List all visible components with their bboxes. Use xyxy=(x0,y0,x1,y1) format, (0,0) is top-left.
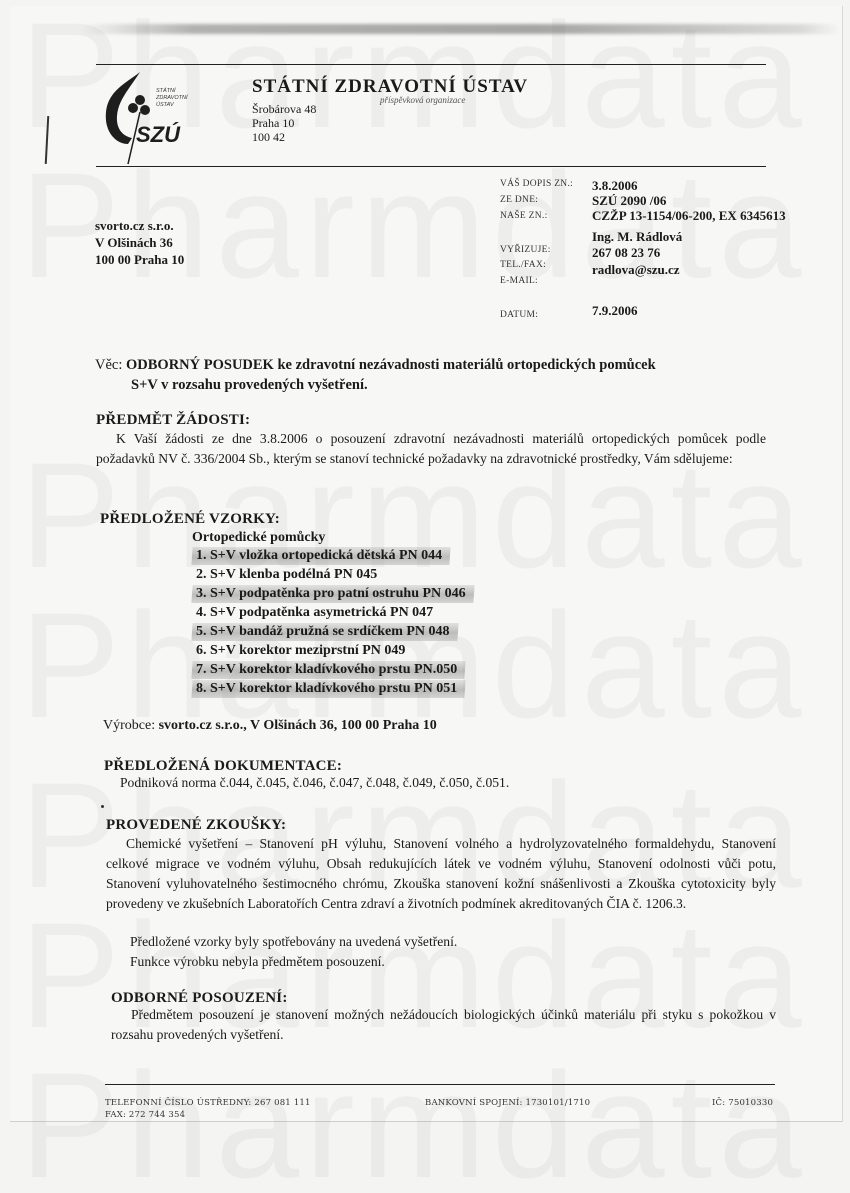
sample-item-text: 2. S+V klenba podélná PN 045 xyxy=(196,567,377,582)
footer-ic: IČ: 75010330 xyxy=(712,1098,773,1108)
ref-value: 3.8.2006 xyxy=(592,178,638,194)
sample-item-text: 8. S+V korektor kladívkového prstu PN 05… xyxy=(196,680,457,698)
subject-line: ODBORNÝ POSUDEK ke zdravotní nezávadnost… xyxy=(126,357,656,373)
logo-acronym: SZÚ xyxy=(136,122,180,148)
logo-text: ÚSTAV xyxy=(156,102,187,109)
header-rule-top xyxy=(96,64,766,65)
sample-item: 1. S+V vložka ortopedická dětská PN 044 xyxy=(191,547,450,565)
footer-fax: FAX: 272 744 354 xyxy=(105,1110,185,1120)
section-text: Předmětem posouzení je stanovení možných… xyxy=(111,1005,776,1045)
ref-label: E-MAIL: xyxy=(500,276,538,286)
ref-label: VYŘIZUJE: xyxy=(500,245,551,255)
logo-text: STÁTNÍ xyxy=(156,88,187,95)
manufacturer-label: Výrobce: xyxy=(103,718,159,733)
samples-group-title: Ortopedické pomůcky xyxy=(192,530,325,546)
sample-item: 5. S+V bandáž pružná se srdíčkem PN 048 xyxy=(191,623,458,641)
ref-label: DATUM: xyxy=(500,310,538,320)
manufacturer-value: svorto.cz s.r.o., V Olšinách 36, 100 00 … xyxy=(159,718,437,733)
footer-bank: BANKOVNÍ SPOJENÍ: 1730101/1710 xyxy=(425,1098,590,1108)
org-address: Šrobárova 48 Praha 10 100 42 xyxy=(252,102,316,144)
ref-value: radlova@szu.cz xyxy=(592,262,680,278)
org-type: příspěvková organizace xyxy=(380,95,465,105)
sample-item-text: 1. S+V vložka ortopedická dětská PN 044 xyxy=(196,547,442,565)
subject-prefix: Věc: xyxy=(95,357,126,373)
ref-value: CZŽP 13-1154/06-200, EX 6345613 xyxy=(592,208,786,224)
szu-logo: STÁTNÍ ZDRAVOTNÍ ÚSTAV SZÚ xyxy=(100,68,210,168)
address-line: Praha 10 xyxy=(252,116,316,130)
flame-logo-icon xyxy=(100,68,210,168)
manufacturer: Výrobce: svorto.cz s.r.o., V Olšinách 36… xyxy=(103,718,437,734)
section-text: K Vaší žádosti ze dne 3.8.2006 o posouze… xyxy=(96,429,766,469)
ref-label: NAŠE ZN.: xyxy=(500,211,548,221)
section-text: Podniková norma č.044, č.045, č.046, č.0… xyxy=(120,775,509,791)
section-heading: PŘEDMĚT ŽÁDOSTI: xyxy=(96,412,250,429)
ref-label: VÁŠ DOPIS ZN.: xyxy=(500,179,573,189)
logo-text: ZDRAVOTNÍ xyxy=(156,95,187,102)
ref-value: Ing. M. Rádlová xyxy=(592,229,682,245)
recipient-line: svorto.cz s.r.o. xyxy=(95,217,184,234)
recipient-line: V Olšinách 36 xyxy=(95,234,184,251)
subject-line: S+V v rozsahu provedených vyšetření. xyxy=(131,377,368,393)
address-line: 100 42 xyxy=(252,130,316,144)
sample-item: 6. S+V korektor meziprstní PN 049 xyxy=(192,642,413,660)
ref-value: SZÚ 2090 /06 xyxy=(592,193,666,209)
sample-item: 8. S+V korektor kladívkového prstu PN 05… xyxy=(191,680,465,698)
subject: Věc: ODBORNÝ POSUDEK ke zdravotní nezáva… xyxy=(95,355,656,395)
recipient-line: 100 00 Praha 10 xyxy=(95,251,184,268)
sample-item: 7. S+V korektor kladívkového prstu PN.05… xyxy=(191,661,465,679)
section-text: Chemické vyšetření – Stanovení pH výluhu… xyxy=(106,834,776,914)
sample-item-text: 3. S+V podpatěnka pro patní ostruhu PN 0… xyxy=(196,585,466,603)
section-heading: PŘEDLOŽENÁ DOKUMENTACE: xyxy=(104,758,342,775)
section-heading: PŘEDLOŽENÉ VZORKY: xyxy=(100,511,280,528)
sample-item: 3. S+V podpatěnka pro patní ostruhu PN 0… xyxy=(191,585,474,603)
ref-label: ZE DNE: xyxy=(500,195,538,205)
section-note: Funkce výrobku nebyla předmětem posouzen… xyxy=(130,954,385,970)
scan-dot xyxy=(101,805,104,808)
sample-item-text: 4. S+V podpatěnka asymetrická PN 047 xyxy=(196,605,433,620)
scan-artifact xyxy=(80,24,840,34)
sample-item-text: 5. S+V bandáž pružná se srdíčkem PN 048 xyxy=(196,623,450,641)
section-heading: PROVEDENÉ ZKOUŠKY: xyxy=(106,817,286,834)
ref-label: TEL./FAX: xyxy=(500,260,546,270)
ref-value: 7.9.2006 xyxy=(592,303,638,319)
section-note: Předložené vzorky byly spotřebovány na u… xyxy=(130,934,457,950)
footer-rule xyxy=(105,1084,775,1085)
recipient-address: svorto.cz s.r.o. V Olšinách 36 100 00 Pr… xyxy=(95,217,184,268)
address-line: Šrobárova 48 xyxy=(252,102,316,116)
ref-value: 267 08 23 76 xyxy=(592,245,660,261)
sample-item-text: 7. S+V korektor kladívkového prstu PN.05… xyxy=(196,661,457,679)
sample-item: 4. S+V podpatěnka asymetrická PN 047 xyxy=(192,604,441,622)
sample-item-text: 6. S+V korektor meziprstní PN 049 xyxy=(196,643,405,658)
sample-item: 2. S+V klenba podélná PN 045 xyxy=(192,566,385,584)
footer-phone: TELEFONNÍ ČÍSLO ÚSTŘEDNY: 267 081 111 xyxy=(105,1098,311,1108)
